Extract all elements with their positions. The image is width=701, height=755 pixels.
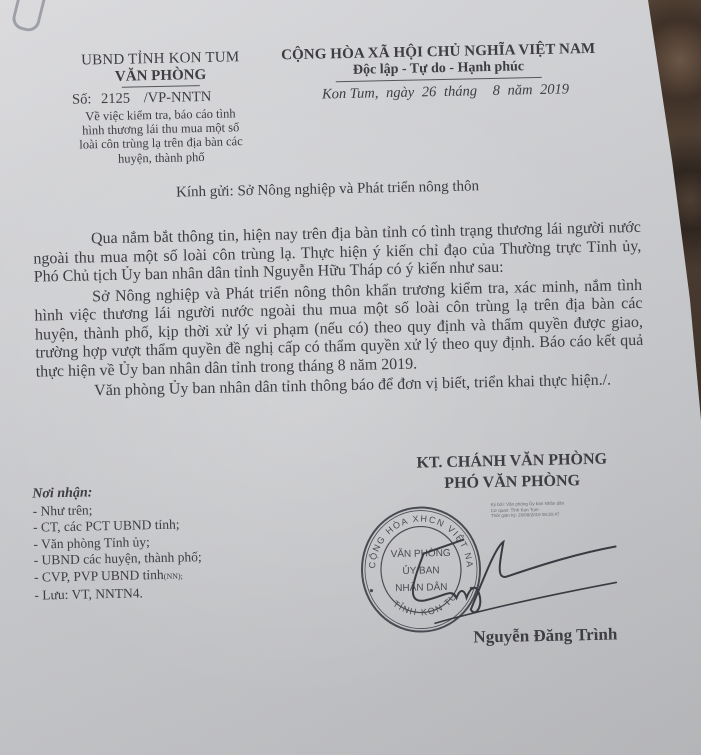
department-name: VĂN PHÒNG bbox=[65, 66, 255, 87]
year-label: năm bbox=[507, 82, 532, 99]
day-value: 26 bbox=[422, 84, 437, 100]
recipients-block: Nơi nhận: - Như trên; - CT, các PCT UBND… bbox=[32, 483, 202, 604]
document-number: Số: 2125 /VP-NNTN bbox=[72, 89, 212, 109]
place-and-date: Kon Tum, ngày 26 tháng 8 năm 2019 bbox=[322, 81, 573, 103]
doc-number-prefix: Số: bbox=[72, 91, 92, 107]
doc-code: /VP-NNTN bbox=[143, 89, 211, 106]
recipient-item-suffix: (NN); bbox=[164, 571, 183, 580]
signer-name: Nguyễn Đăng Trình bbox=[435, 624, 655, 649]
place: Kon Tum, bbox=[322, 85, 379, 102]
recipient-item: - CVP, PVP UBND tỉnh(NN); bbox=[34, 566, 202, 588]
doc-number: 2125 bbox=[101, 91, 130, 108]
document-subject: Về việc kiểm tra, báo cáo tình hình thươ… bbox=[56, 106, 265, 167]
addressee: Kính gửi: Sở Nông nghiệp và Phát triển n… bbox=[176, 178, 479, 201]
body-paragraph: Sở Nông nghiệp và Phát triển nông thôn k… bbox=[34, 276, 644, 381]
month-label: tháng bbox=[444, 83, 477, 100]
document-body: Qua nắm bắt thông tin, hiện nay trên địa… bbox=[33, 219, 644, 404]
recipient-item-text: - CVP, PVP UBND tỉnh bbox=[34, 566, 164, 584]
handwritten-signature-icon bbox=[403, 514, 645, 629]
year-value: 2019 bbox=[540, 81, 569, 98]
recipient-item: - CT, các PCT UBND tỉnh; bbox=[33, 516, 201, 536]
month-value: 8 bbox=[492, 83, 500, 99]
document-page: UBND TỈNH KON TUM VĂN PHÒNG Số: 2125 /VP… bbox=[0, 0, 701, 755]
department-underline bbox=[122, 85, 200, 88]
body-paragraph: Qua nắm bắt thông tin, hiện nay trên địa… bbox=[33, 219, 642, 287]
day-label: ngày bbox=[386, 85, 415, 102]
signatory-title-line: PHÓ VĂN PHÒNG bbox=[372, 469, 652, 496]
recipient-item: - Lưu: VT, NNTN4. bbox=[34, 584, 202, 604]
signatory-title: KT. CHÁNH VĂN PHÒNG PHÓ VĂN PHÒNG bbox=[372, 448, 653, 496]
